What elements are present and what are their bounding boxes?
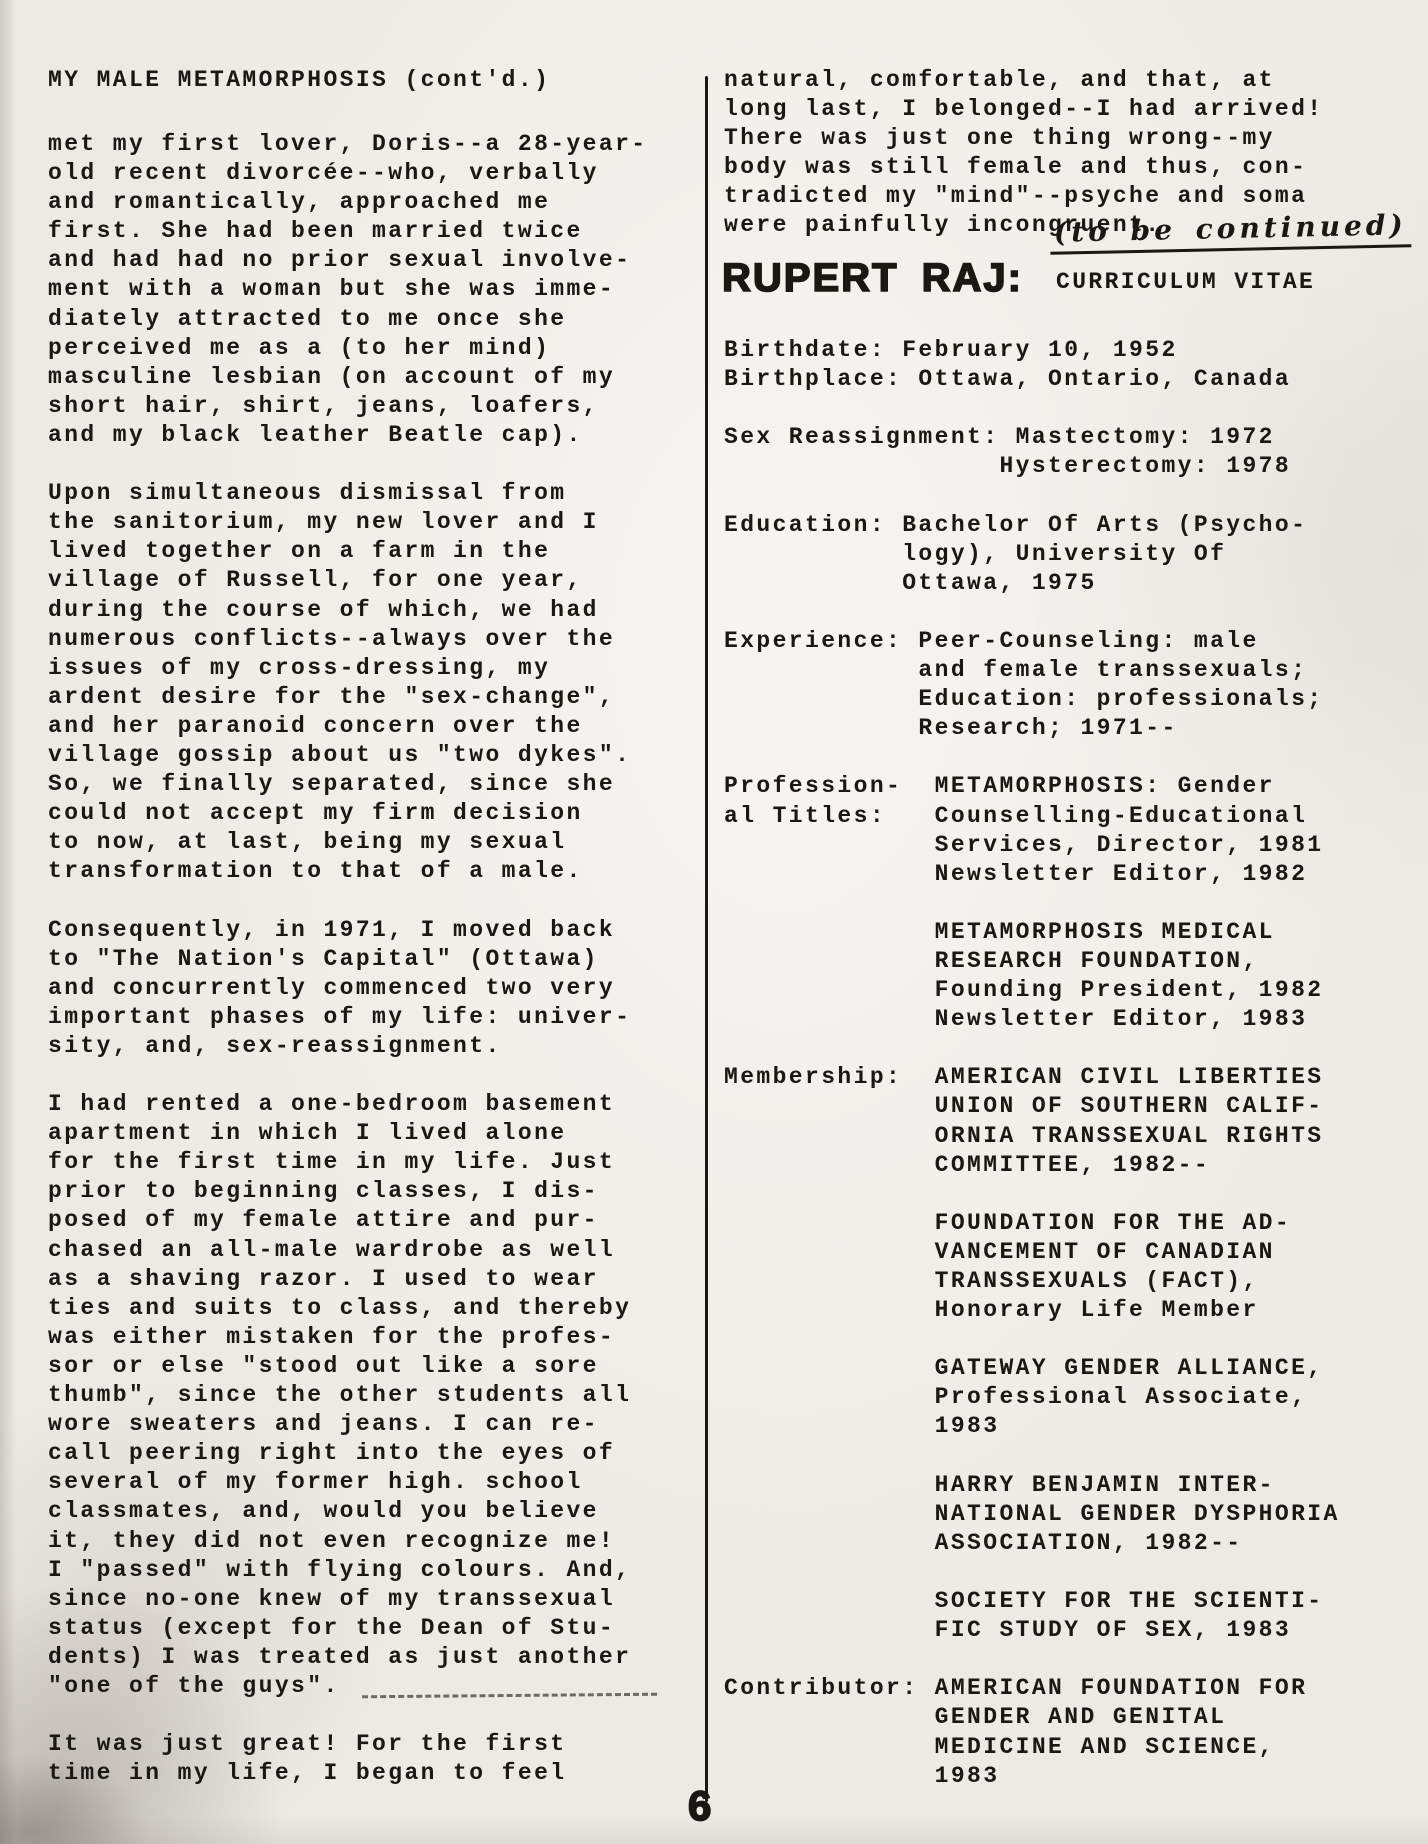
cv-heading-title: CURRICULUM VITAE	[1056, 268, 1315, 297]
pencil-dash-line	[362, 1675, 657, 1699]
article-body-left-column: met my first lover, Doris--a 28-year- ol…	[48, 130, 647, 1788]
curriculum-vitae-text: Birthdate: February 10, 1952 Birthplace:…	[724, 336, 1340, 1791]
scan-smudge-artifact	[0, 1756, 150, 1844]
to-be-continued-note: (to be continued)	[1050, 208, 1412, 255]
cv-heading-name: RUPERT RAJ:	[722, 256, 1023, 301]
scanned-page: { "page": { "number": "6", "colors": { "…	[0, 0, 1428, 1844]
column-divider-rule	[705, 76, 708, 1802]
article-title: MY MALE METAMORPHOSIS (cont'd.)	[48, 66, 550, 95]
page-number: 6	[688, 1782, 711, 1830]
